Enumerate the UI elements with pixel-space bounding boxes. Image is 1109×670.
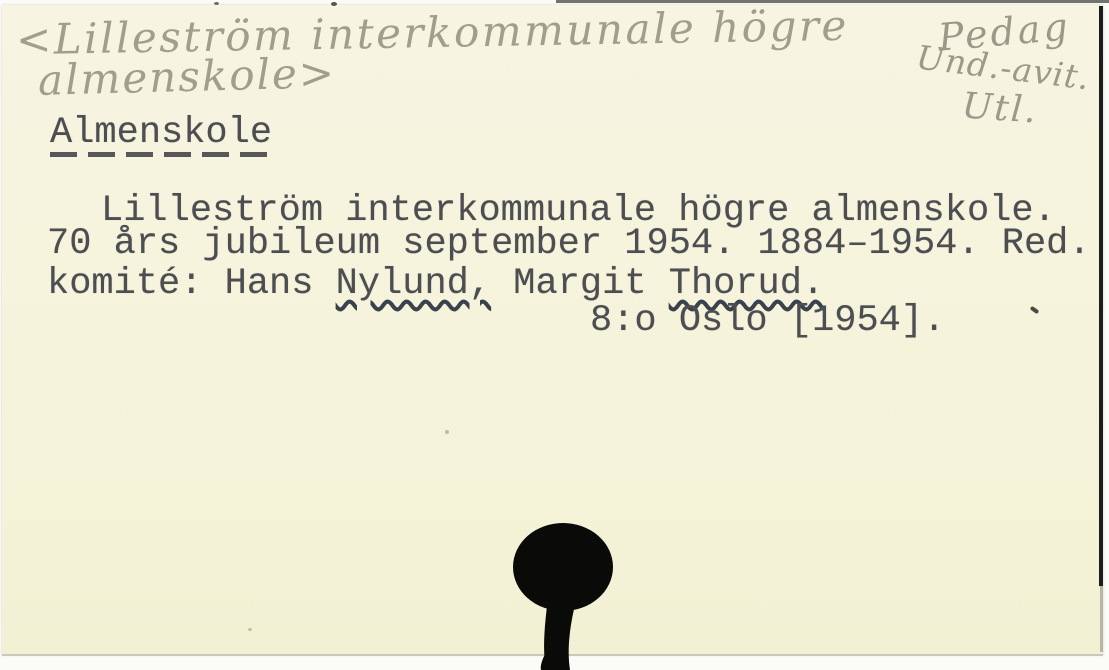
scan-speck <box>331 2 337 6</box>
hole-punch <box>0 0 1109 670</box>
scan-speck <box>445 430 449 434</box>
scan-speck <box>248 628 252 631</box>
scan-speck <box>214 2 219 5</box>
scan-background: <Lilleström interkommunale högre almensk… <box>0 0 1109 670</box>
